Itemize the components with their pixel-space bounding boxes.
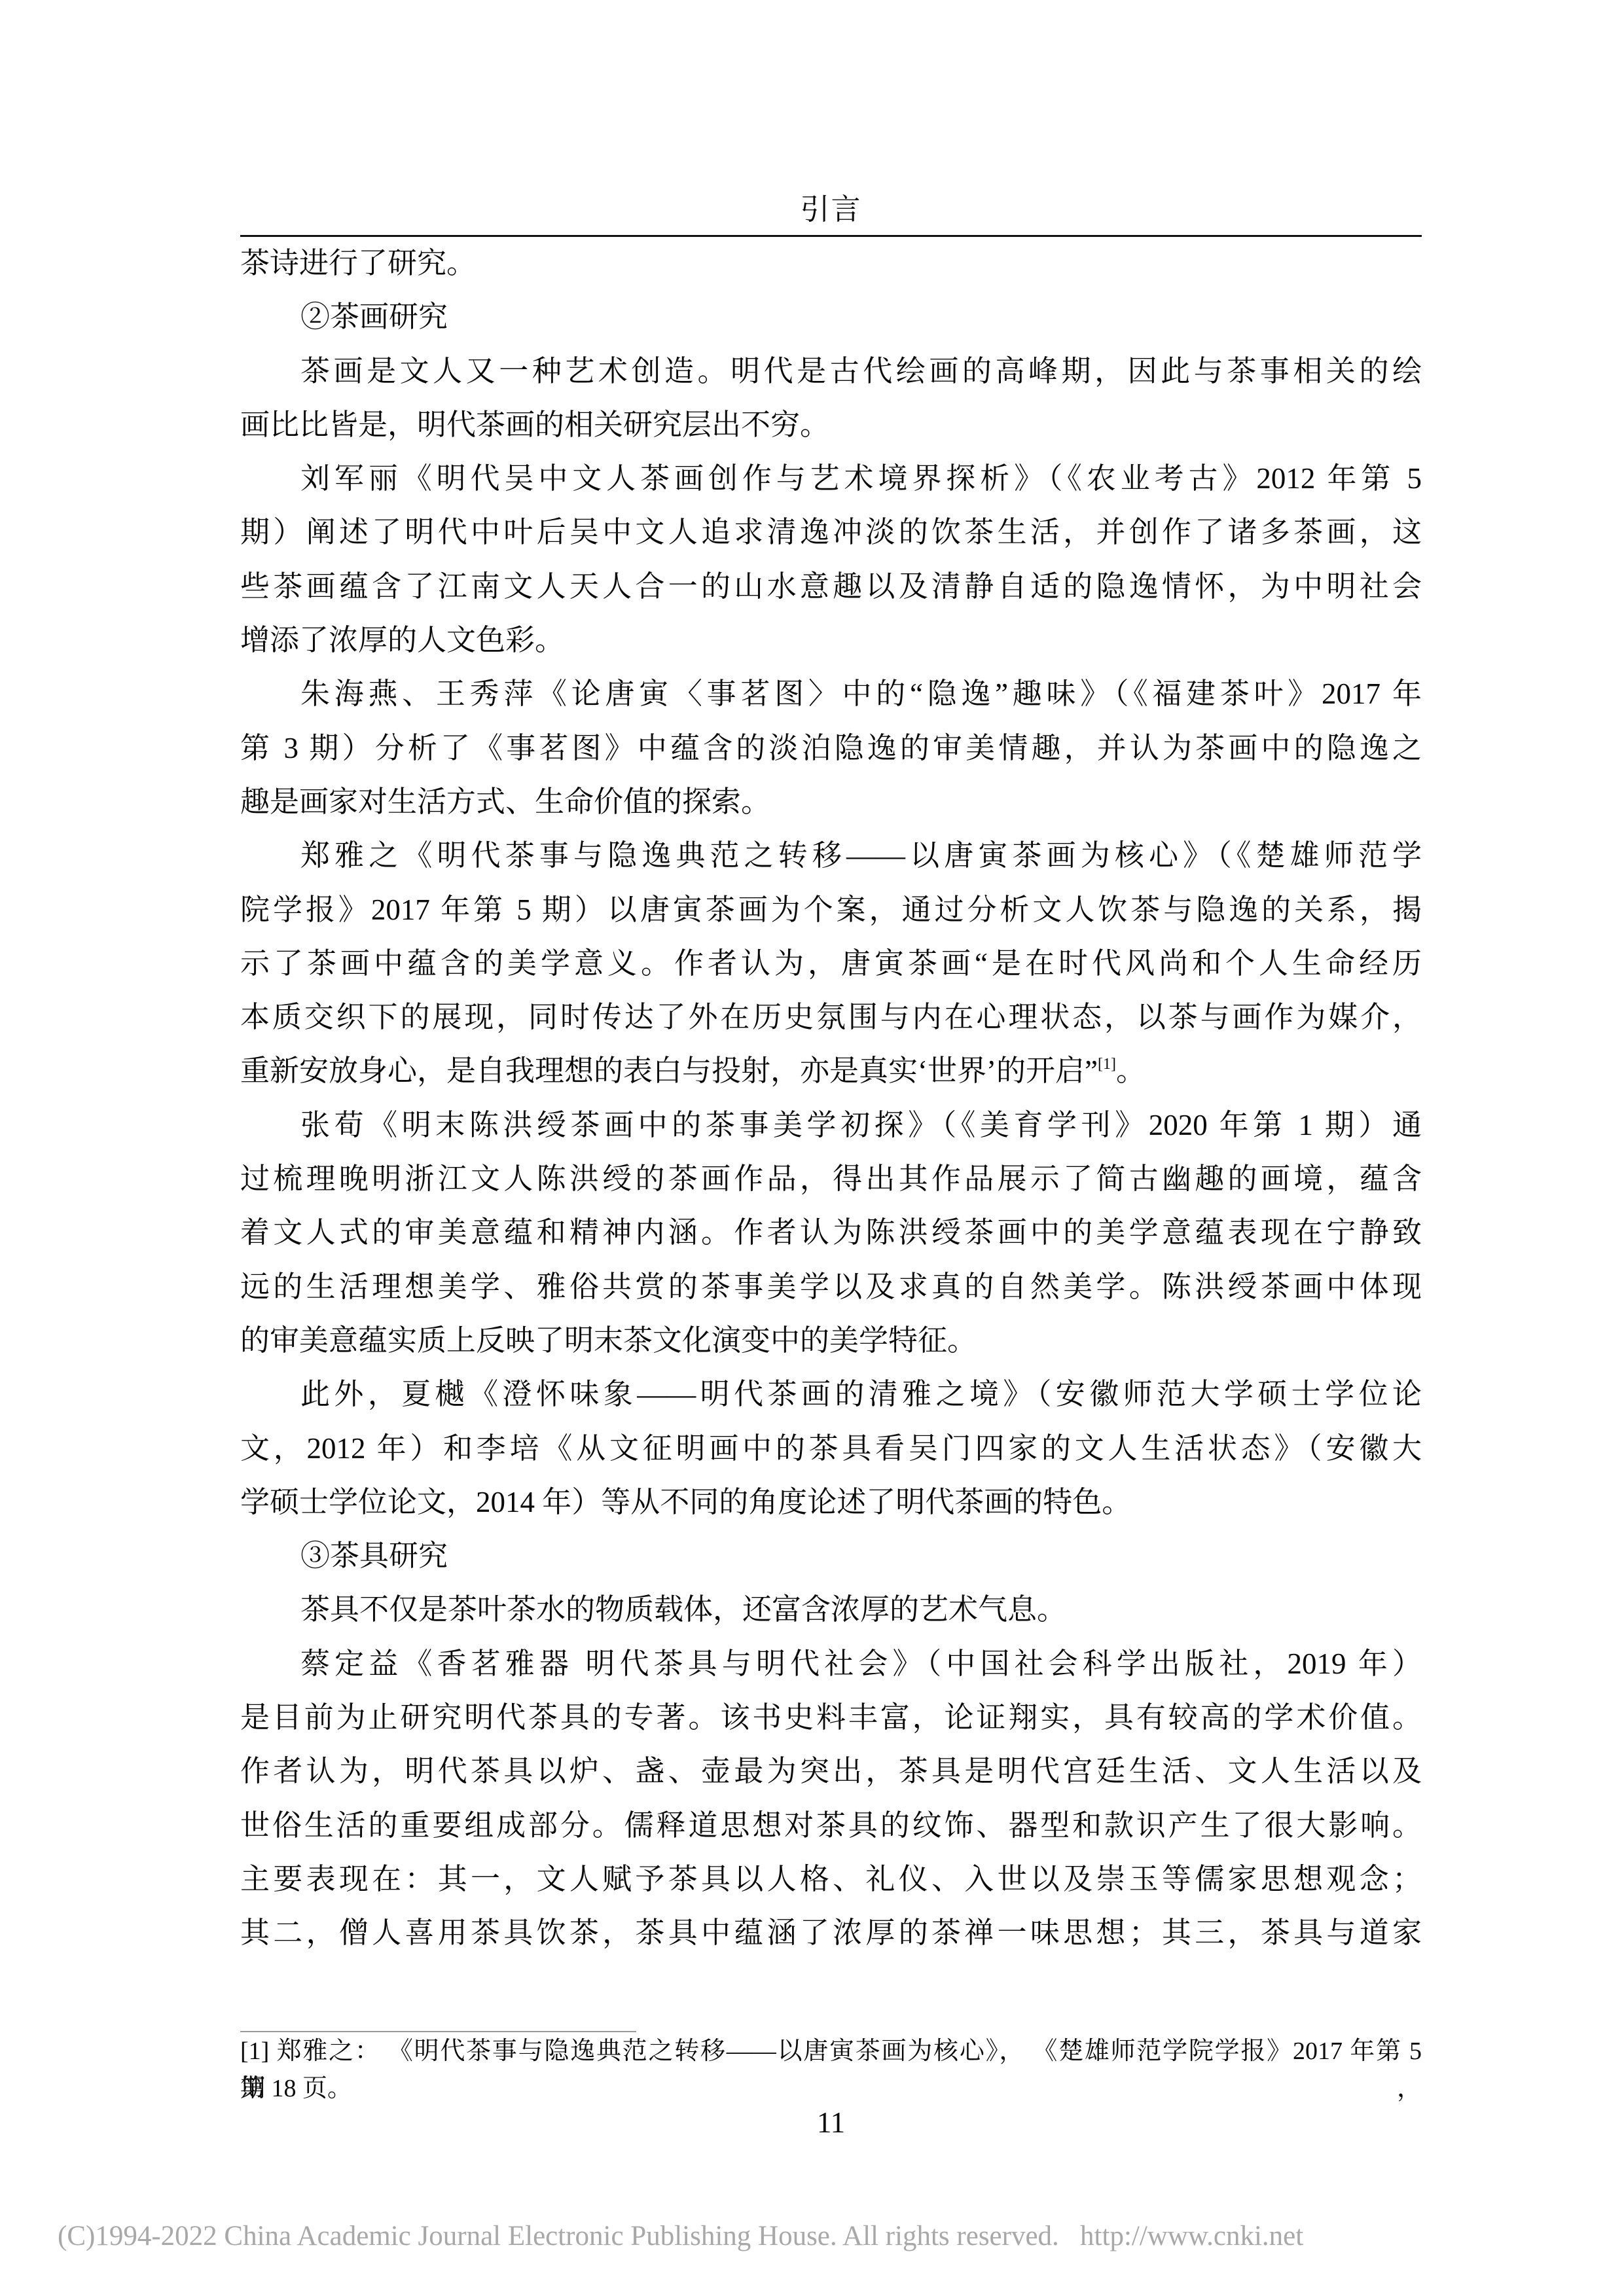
- footnote-reference: [1]: [1098, 1056, 1116, 1073]
- body-line: 蔡定益《香茗雅器 明代茶具与明代社会》（中国社会科学出版社，2019 年）: [240, 1637, 1422, 1691]
- body-line: 示了茶画中蕴含的美学意义。作者认为，唐寅茶画“是在时代风尚和个人生命经历: [240, 937, 1422, 990]
- body-line: 第 3 期）分析了《事茗图》中蕴含的淡泊隐逸的审美情趣，并认为茶画中的隐逸之: [240, 721, 1422, 775]
- body-line: 主要表现在：其一，文人赋予茶具以人格、礼仪、入世以及崇玉等儒家思想观念；: [240, 1852, 1422, 1906]
- body-line: 重新安放身心，是自我理想的表白与投射，亦是真实‘世界’的开启”[1]。: [240, 1044, 1422, 1098]
- body-line: 过梳理晚明浙江文人陈洪绶的茶画作品，得出其作品展示了简古幽趣的画境，蕴含: [240, 1152, 1422, 1206]
- body-line: 趣是画家对生活方式、生命价值的探索。: [240, 775, 1422, 829]
- document-page: 引言 茶诗进行了研究。②茶画研究茶画是文人又一种艺术创造。明代是古代绘画的高峰期…: [0, 0, 1624, 2296]
- page-title: 引言: [240, 191, 1422, 228]
- body-line: 茶画是文人又一种艺术创造。明代是古代绘画的高峰期，因此与茶事相关的绘: [240, 344, 1422, 398]
- body-line: 学硕士学位论文，2014 年）等从不同的角度论述了明代茶画的特色。: [240, 1475, 1422, 1529]
- page-number: 11: [240, 2106, 1422, 2139]
- body-line: 本质交织下的展现，同时传达了外在历史氛围与内在心理状态，以茶与画作为媒介，: [240, 990, 1422, 1044]
- footnote: [1] 郑雅之： 《明代茶事与隐逸典范之转移——以唐寅茶画为核心》， 《楚雄师范…: [240, 2033, 1422, 2108]
- footnote-line: [1] 郑雅之： 《明代茶事与隐逸典范之转移——以唐寅茶画为核心》， 《楚雄师范…: [240, 2033, 1422, 2070]
- body-line: 张荀《明末陈洪绶茶画中的茶事美学初探》（《美育学刊》2020 年第 1 期）通: [240, 1098, 1422, 1152]
- body-text: 茶诗进行了研究。②茶画研究茶画是文人又一种艺术创造。明代是古代绘画的高峰期，因此…: [240, 236, 1422, 1960]
- body-line: 文，2012 年）和李培《从文征明画中的茶具看吴门四家的文人生活状态》（安徽大: [240, 1422, 1422, 1475]
- body-line: 郑雅之《明代茶事与隐逸典范之转移——以唐寅茶画为核心》（《楚雄师范学: [240, 829, 1422, 882]
- body-line: 此外，夏樾《澄怀味象——明代茶画的清雅之境》（安徽师范大学硕士学位论: [240, 1367, 1422, 1421]
- body-line: 院学报》2017 年第 5 期）以唐寅茶画为个案，通过分析文人饮茶与隐逸的关系，…: [240, 883, 1422, 937]
- body-line: 茶具不仅是茶叶茶水的物质载体，还富含浓厚的艺术气息。: [240, 1583, 1422, 1636]
- body-line: 画比比皆是，明代茶画的相关研究层出不穷。: [240, 398, 1422, 452]
- body-line: ②茶画研究: [240, 290, 1422, 344]
- body-line: 作者认为，明代茶具以炉、盏、壶最为突出，茶具是明代宫廷生活、文人生活以及: [240, 1744, 1422, 1798]
- body-line: 世俗生活的重要组成部分。儒释道思想对茶具的纹饰、器型和款识产生了很大影响。: [240, 1799, 1422, 1852]
- body-line: 朱海燕、王秀萍《论唐寅〈事茗图〉中的“隐逸”趣味》（《福建茶叶》2017 年: [240, 667, 1422, 721]
- copyright-footer: (C)1994-2022 China Academic Journal Elec…: [58, 2220, 1303, 2253]
- body-line: 刘军丽《明代吴中文人茶画创作与艺术境界探析》（《农业考古》2012 年第 5: [240, 452, 1422, 505]
- body-line: 其二，僧人喜用茶具饮茶，茶具中蕴涵了浓厚的茶禅一味思想；其三，茶具与道家: [240, 1906, 1422, 1960]
- body-line: 远的生活理想美学、雅俗共赏的茶事美学以及求真的自然美学。陈洪绶茶画中体现: [240, 1260, 1422, 1314]
- body-line: 着文人式的审美意蕴和精神内涵。作者认为陈洪绶茶画中的美学意蕴表现在宁静致: [240, 1206, 1422, 1259]
- body-line: 茶诗进行了研究。: [240, 236, 1422, 290]
- body-line: 是目前为止研究明代茶具的专著。该书史料丰富，论证翔实，具有较高的学术价值。: [240, 1691, 1422, 1744]
- body-line: 期）阐述了明代中叶后吴中文人追求清逸冲淡的饮茶生活，并创作了诸多茶画，这: [240, 505, 1422, 559]
- body-line: ③茶具研究: [240, 1529, 1422, 1583]
- body-line: 增添了浓厚的人文色彩。: [240, 613, 1422, 667]
- body-line: 的审美意蕴实质上反映了明末茶文化演变中的美学特征。: [240, 1314, 1422, 1367]
- body-line: 些茶画蕴含了江南文人天人合一的山水意趣以及清静自适的隐逸情怀，为中明社会: [240, 560, 1422, 613]
- footnote-separator: [240, 2031, 636, 2032]
